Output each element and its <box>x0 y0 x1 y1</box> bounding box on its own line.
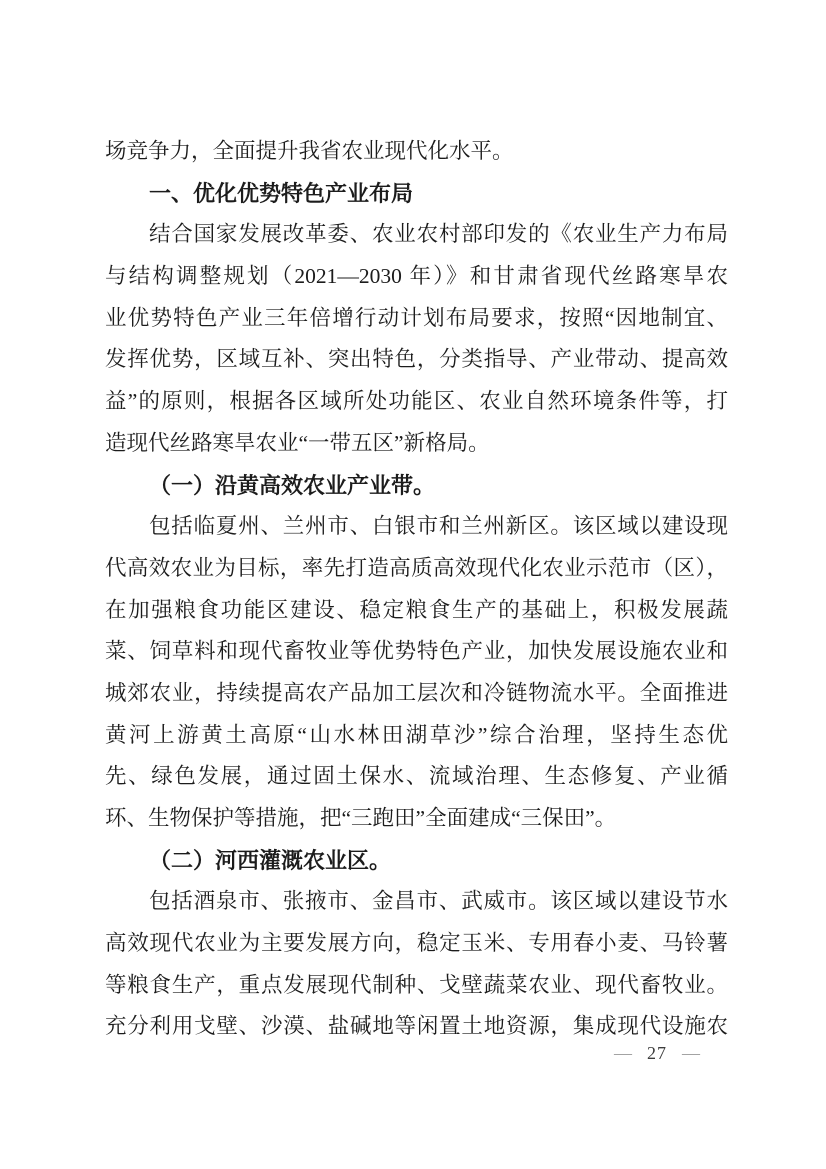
subsection-heading: （一）沿黄高效农业产业带。 <box>105 465 728 507</box>
text-line: 场竞争力，全面提升我省农业现代化水平。 <box>105 131 728 173</box>
footer-dash-right: — <box>682 1041 700 1065</box>
text-line: 等粮食生产，重点发展现代制种、戈壁蔬菜农业、现代畜牧业。 <box>105 965 728 1007</box>
text-line: 城郊农业，持续提高农产品加工层次和冷链物流水平。全面推进 <box>105 673 728 715</box>
text-line: 代高效农业为目标，率先打造高质高效现代化农业示范市（区）， <box>105 548 728 590</box>
text-line: 高效现代农业为主要发展方向，稳定玉米、专用春小麦、马铃薯 <box>105 923 728 965</box>
text-line: 在加强粮食功能区建设、稳定粮食生产的基础上，积极发展蔬 <box>105 590 728 632</box>
subsection-heading: （二）河西灌溉农业区。 <box>105 840 728 882</box>
text-line: 发挥优势，区域互补、突出特色，分类指导、产业带动、提高效 <box>105 339 728 381</box>
text-line: 包括酒泉市、张掖市、金昌市、武威市。该区域以建设节水 <box>105 881 728 923</box>
text-line: 益”的原则，根据各区域所处功能区、农业自然环境条件等，打 <box>105 381 728 423</box>
section-heading: 一、优化优势特色产业布局 <box>105 173 728 215</box>
footer-dash-left: — <box>614 1041 632 1065</box>
page-number: 27 <box>647 1041 667 1065</box>
page-footer: — 27 — <box>614 1041 700 1065</box>
document-page: 场竞争力，全面提升我省农业现代化水平。 一、优化优势特色产业布局 结合国家发展改… <box>0 0 826 1169</box>
text-line: 业优势特色产业三年倍增行动计划布局要求，按照“因地制宜、 <box>105 298 728 340</box>
text-line: 先、绿色发展，通过固土保水、流域治理、生态修复、产业循 <box>105 756 728 798</box>
text-line: 包括临夏州、兰州市、白银市和兰州新区。该区域以建设现 <box>105 506 728 548</box>
text-line: 与结构调整规划（2021—2030 年）》和甘肃省现代丝路寒旱农 <box>105 256 728 298</box>
text-line: 黄河上游黄土高原“山水林田湖草沙”综合治理，坚持生态优 <box>105 715 728 757</box>
text-content: 场竞争力，全面提升我省农业现代化水平。 一、优化优势特色产业布局 结合国家发展改… <box>105 131 728 1048</box>
text-line: 环、生物保护等措施，把“三跑田”全面建成“三保田”。 <box>105 798 728 840</box>
text-line: 结合国家发展改革委、农业农村部印发的《农业生产力布局 <box>105 214 728 256</box>
text-line: 菜、饲草料和现代畜牧业等优势特色产业，加快发展设施农业和 <box>105 631 728 673</box>
text-line: 造现代丝路寒旱农业“一带五区”新格局。 <box>105 423 728 465</box>
